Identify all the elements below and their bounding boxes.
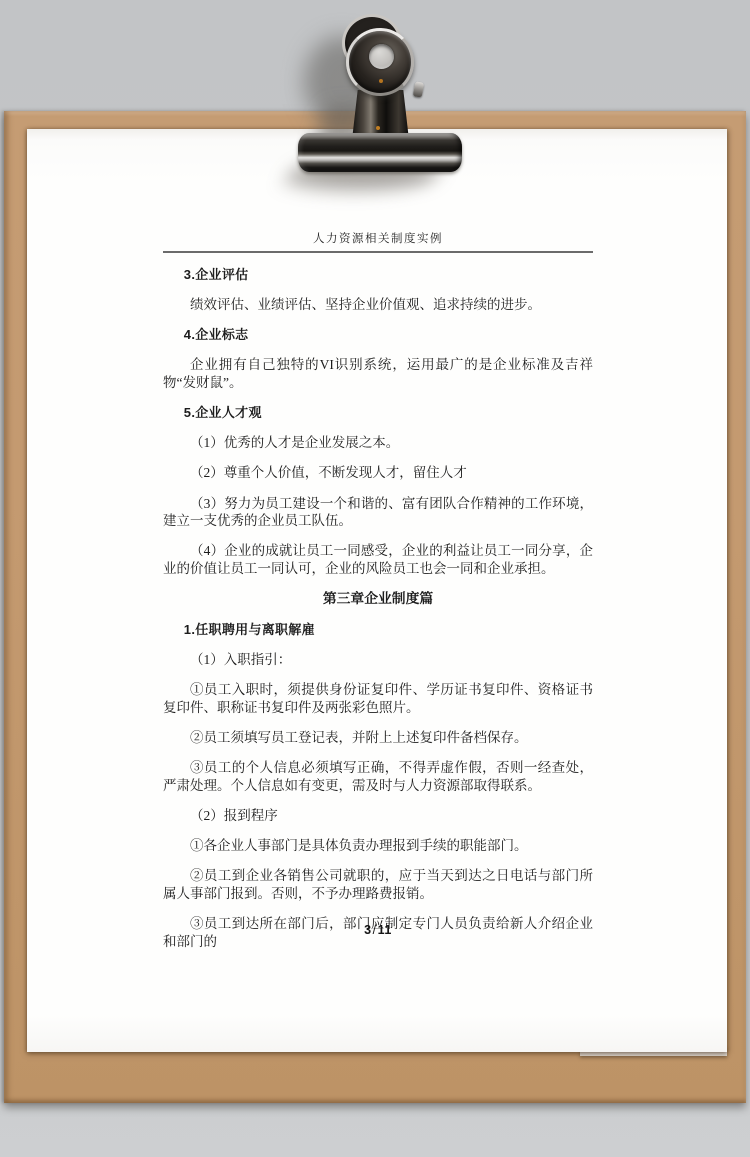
header-rule xyxy=(163,251,593,253)
paragraph: （1）优秀的人才是企业发展之本。 xyxy=(163,434,593,452)
paragraph: ③员工的个人信息必须填写正确，不得弄虚作假，否则一经查处，严肃处理。个人信息如有… xyxy=(163,759,593,794)
page-number-current: 3 xyxy=(364,923,371,937)
paragraph: （4）企业的成就让员工一同感受，企业的利益让员工一同分享，企业的价值让员工一同认… xyxy=(163,542,593,577)
document-body: 3.企业评估绩效评估、业绩评估、坚持企业价值观、追求持续的进步。4.企业标志企业… xyxy=(163,266,593,951)
paragraph: （2）尊重个人价值，不断发现人才，留住人才 xyxy=(163,464,593,482)
binder-clip xyxy=(290,14,475,186)
clip-hole xyxy=(369,44,394,69)
page-number: 3/11 xyxy=(163,923,593,937)
section-heading: 1.任职聘用与离职解雇 xyxy=(163,621,593,639)
paragraph: ①员工入职时，须提供身份证复印件、学历证书复印件、资格证书复印件、职称证书复印件… xyxy=(163,681,593,716)
document-page: 人力资源相关制度实例 3.企业评估绩效评估、业绩评估、坚持企业价值观、追求持续的… xyxy=(27,129,727,1052)
clip-spring-face xyxy=(346,28,414,96)
section-heading: 3.企业评估 xyxy=(163,266,593,284)
clip-face-glint xyxy=(379,79,383,83)
scene-wall-background: 人力资源相关制度实例 3.企业评估绩效评估、业绩评估、坚持企业价值观、追求持续的… xyxy=(0,0,750,1157)
page-number-total: 11 xyxy=(378,923,392,937)
section-heading: 4.企业标志 xyxy=(163,326,593,344)
paragraph: ②员工到企业各销售公司就职的，应于当天到达之日电话与部门所属人事部门报到。否则，… xyxy=(163,867,593,902)
clip-lever-tab xyxy=(413,81,424,97)
chapter-heading: 第三章企业制度篇 xyxy=(163,590,593,608)
document-title: 人力资源相关制度实例 xyxy=(163,232,593,246)
paragraph: （2）报到程序 xyxy=(163,807,593,825)
clip-stem-glint xyxy=(376,126,380,130)
section-heading: 5.企业人才观 xyxy=(163,404,593,422)
paragraph: （3）努力为员工建设一个和谐的、富有团队合作精神的工作环境，建立一支优秀的企业员… xyxy=(163,495,593,530)
document-content: 人力资源相关制度实例 3.企业评估绩效评估、业绩评估、坚持企业价值观、追求持续的… xyxy=(163,232,593,950)
paragraph: （1）入职指引： xyxy=(163,651,593,669)
paragraph: ②员工须填写员工登记表，并附上上述复印件备档保存。 xyxy=(163,729,593,747)
paragraph: 绩效评估、业绩评估、坚持企业价值观、追求持续的进步。 xyxy=(163,296,593,314)
paragraph: 企业拥有自己独特的VI识别系统，运用最广的是企业标准及吉祥物“发财鼠”。 xyxy=(163,356,593,391)
clip-jaw xyxy=(298,133,462,172)
document-header: 人力资源相关制度实例 xyxy=(163,232,593,253)
paragraph: ①各企业人事部门是具体负责办理报到手续的职能部门。 xyxy=(163,837,593,855)
